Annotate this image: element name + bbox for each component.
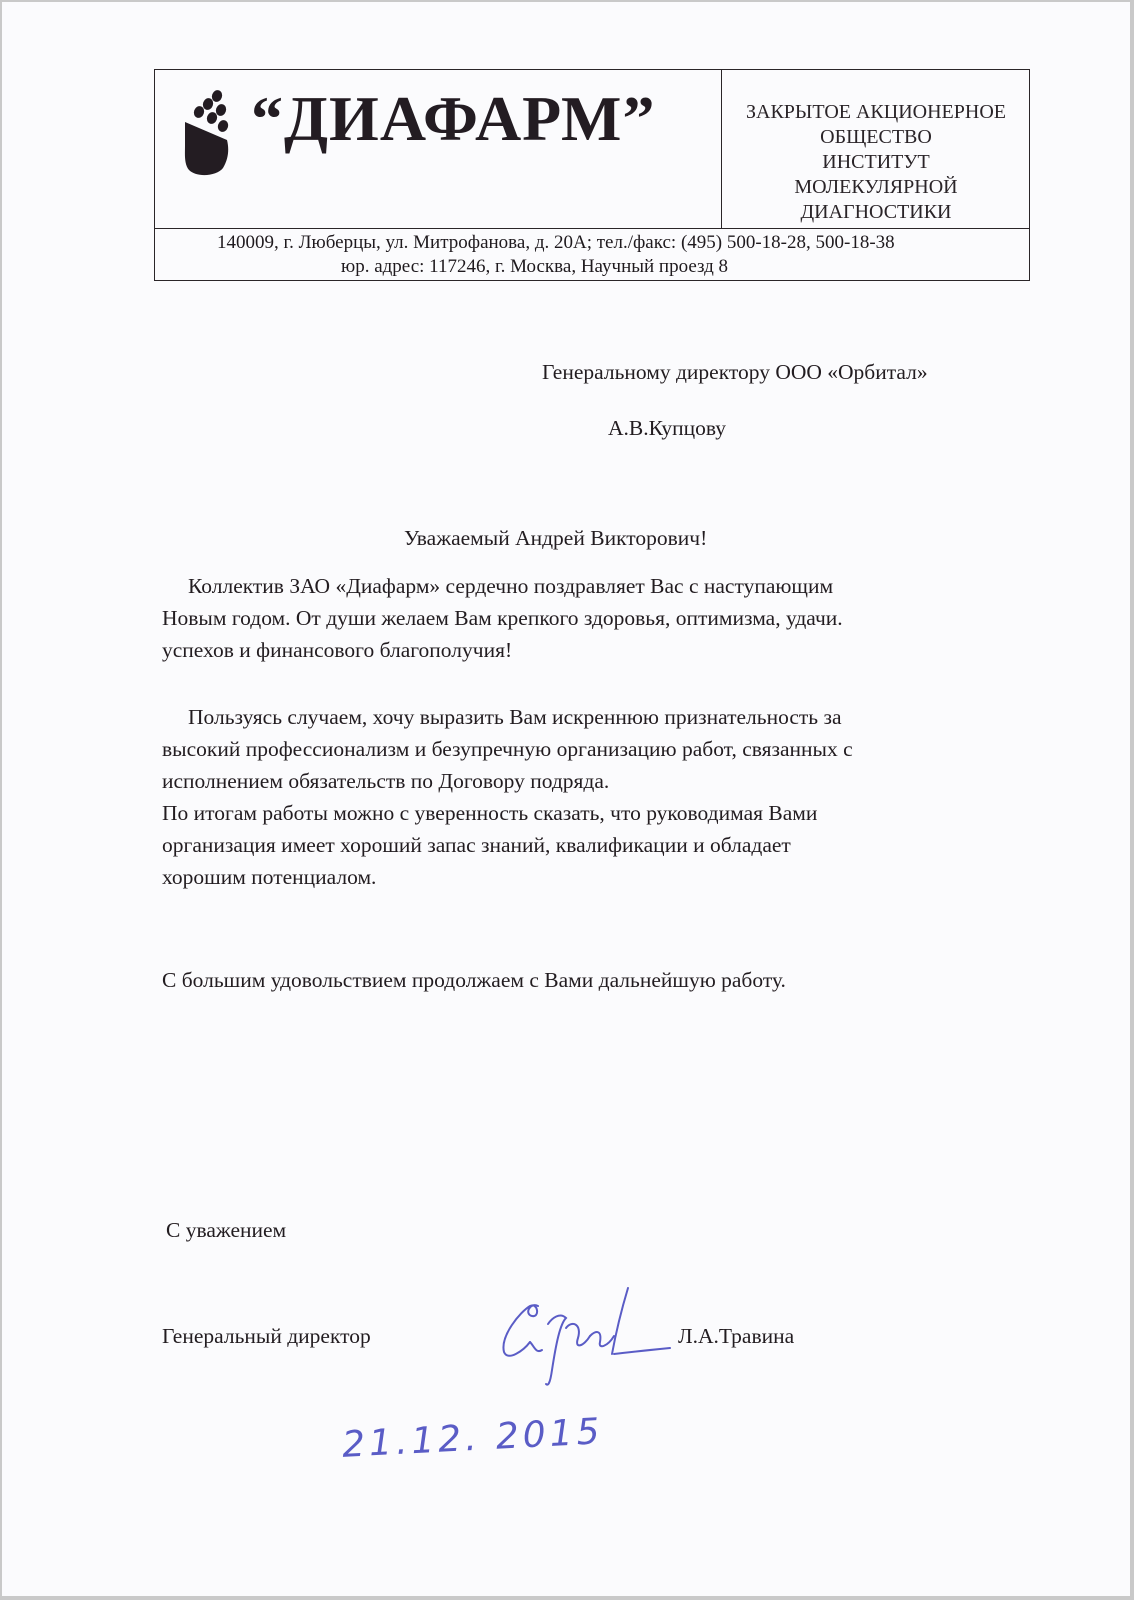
- brand-name: “ДИАФАРМ”: [251, 82, 655, 156]
- org-line: ИНСТИТУТ: [723, 150, 1029, 175]
- paragraph-line: высокий профессионализм и безупречную ор…: [162, 733, 853, 765]
- legal-address-line: юр. адрес: 117246, г. Москва, Научный пр…: [341, 256, 728, 278]
- regards: С уважением: [166, 1218, 286, 1243]
- letterhead-brand-cell: “ДИАФАРМ”: [155, 70, 722, 228]
- paragraph-line: По итогам работы можно с уверенность ска…: [162, 797, 853, 829]
- paragraph-line: Коллектив ЗАО «Диафарм» сердечно поздрав…: [162, 570, 843, 602]
- paragraph-greeting: Коллектив ЗАО «Диафарм» сердечно поздрав…: [162, 570, 843, 666]
- paragraph-line: успехов и финансового благополучия!: [162, 634, 843, 666]
- handwritten-signature-icon: [490, 1284, 680, 1394]
- handwritten-date: 21.12. 2015: [341, 1411, 604, 1466]
- recipient-position: Генеральному директору ООО «Орбитал»: [542, 360, 928, 385]
- recipient-name: А.В.Купцову: [608, 416, 726, 441]
- org-description: ЗАКРЫТОЕ АКЦИОНЕРНОЕ ОБЩЕСТВО ИНСТИТУТ М…: [723, 100, 1029, 225]
- org-line: ЗАКРЫТОЕ АКЦИОНЕРНОЕ: [723, 100, 1029, 125]
- salutation: Уважаемый Андрей Викторович!: [404, 526, 707, 551]
- org-line: МОЛЕКУЛЯРНОЙ: [723, 175, 1029, 200]
- signer-title: Генеральный директор: [162, 1324, 371, 1349]
- paragraph-line: Пользуясь случаем, хочу выразить Вам иск…: [162, 701, 853, 733]
- letterhead: “ДИАФАРМ” ЗАКРЫТОЕ АКЦИОНЕРНОЕ ОБЩЕСТВО …: [154, 69, 1030, 281]
- paragraph-gratitude: Пользуясь случаем, хочу выразить Вам иск…: [162, 701, 853, 893]
- letter-page: “ДИАФАРМ” ЗАКРЫТОЕ АКЦИОНЕРНОЕ ОБЩЕСТВО …: [2, 2, 1130, 1596]
- letterhead-divider: [155, 228, 1029, 229]
- org-line: ДИАГНОСТИКИ: [723, 200, 1029, 225]
- paragraph-line: исполнением обязательств по Договору под…: [162, 765, 853, 797]
- signer-name: Л.А.Травина: [678, 1324, 794, 1349]
- paragraph-line: Новым годом. От души желаем Вам крепкого…: [162, 602, 843, 634]
- droplet-seed-logo-icon: [183, 88, 231, 178]
- address-line: 140009, г. Люберцы, ул. Митрофанова, д. …: [217, 232, 895, 254]
- closing-sentence: С большим удовольствием продолжаем с Вам…: [162, 968, 786, 993]
- paragraph-line: организация имеет хороший запас знаний, …: [162, 829, 853, 861]
- org-line: ОБЩЕСТВО: [723, 125, 1029, 150]
- paragraph-line: хорошим потенциалом.: [162, 861, 853, 893]
